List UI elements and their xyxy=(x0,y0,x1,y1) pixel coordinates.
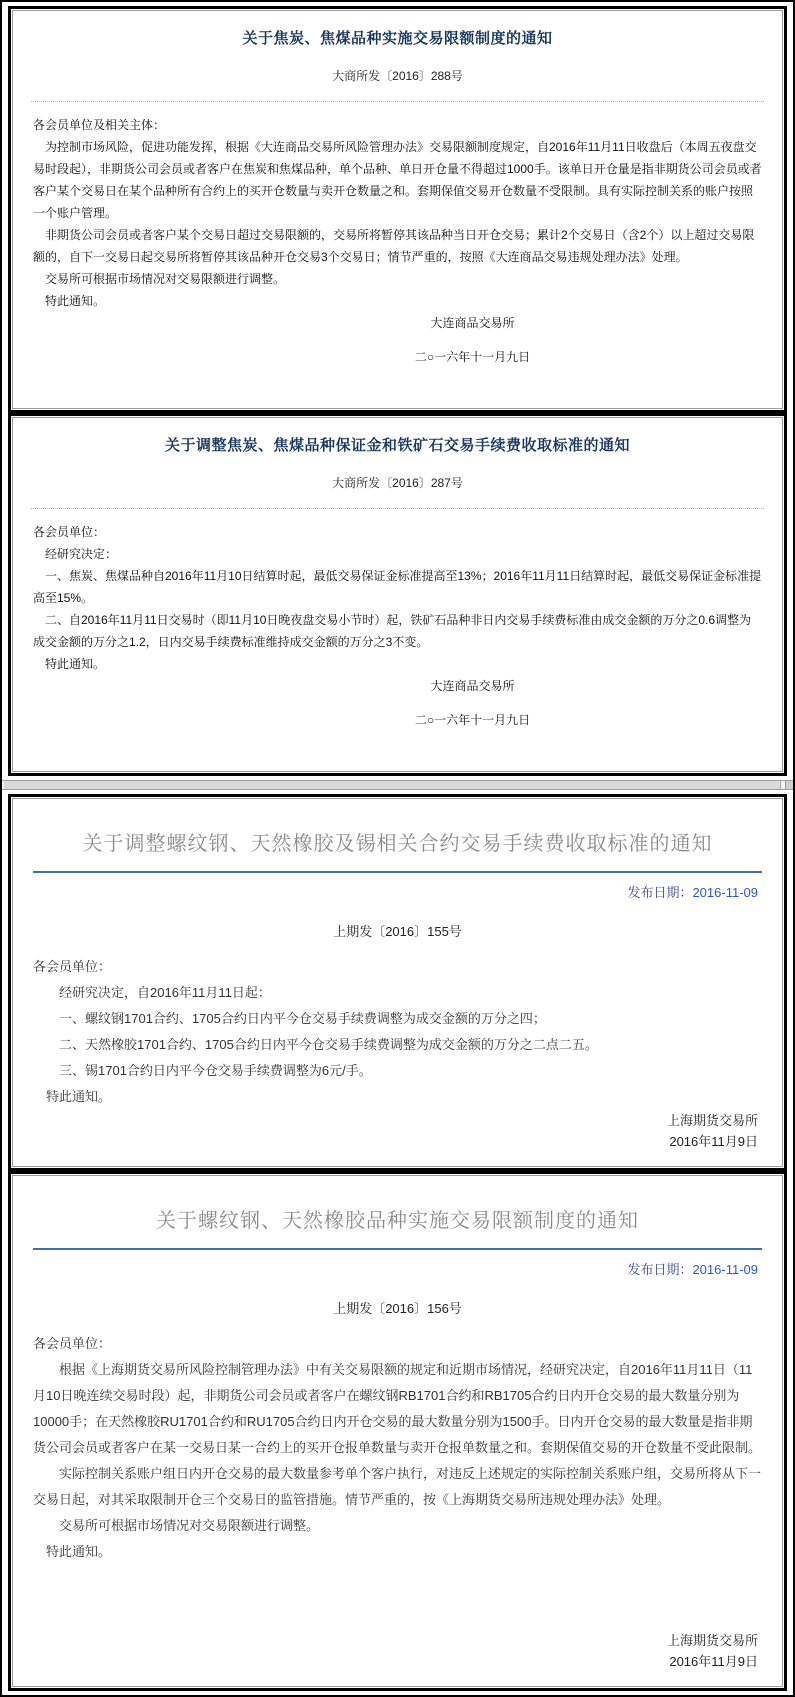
signature-org: 大连商品交易所 xyxy=(163,675,782,697)
scrollbar-thumb[interactable] xyxy=(4,781,781,789)
paragraph: 交易所可根据市场情况对交易限额进行调整。 xyxy=(33,1513,762,1539)
notice-box-shfe-156: 关于螺纹钢、天然橡胶品种实施交易限额制度的通知 发布日期：2016-11-09 … xyxy=(12,1175,783,1687)
paragraph: 一、焦炭、焦煤品种自2016年11月10日结算时起，最低交易保证金标准提高至13… xyxy=(33,565,762,609)
doc-number: 大商所发〔2016〕288号 xyxy=(13,67,782,84)
publish-date-label: 发布日期： xyxy=(627,1262,692,1277)
notice-body: 各会员单位： 根据《上海期货交易所风险控制管理办法》中有关交易限额的规定和近期市… xyxy=(13,1317,782,1565)
notice-box-dce-288: 关于焦炭、焦煤品种实施交易限额制度的通知 大商所发〔2016〕288号 各会员单… xyxy=(12,10,783,409)
salutation: 各会员单位： xyxy=(33,521,762,543)
notice-title: 关于焦炭、焦煤品种实施交易限额制度的通知 xyxy=(33,27,762,48)
publish-date-value: 2016-11-09 xyxy=(692,1262,758,1277)
publish-date-value: 2016-11-09 xyxy=(692,885,758,900)
notice-title: 关于调整螺纹钢、天然橡胶及锡相关合约交易手续费收取标准的通知 xyxy=(33,827,762,856)
paragraph: 为控制市场风险，促进功能发挥，根据《大连商品交易所风险管理办法》交易限额制度规定… xyxy=(33,136,762,224)
notice-box-dce-287: 关于调整焦炭、焦煤品种保证金和铁矿石交易手续费收取标准的通知 大商所发〔2016… xyxy=(12,417,783,772)
paragraph: 非期货公司会员或者客户某个交易日超过交易限额的，交易所将暂停其该品种当日开仓交易… xyxy=(33,224,762,268)
closing-line: 特此通知。 xyxy=(33,1539,762,1565)
paragraph: 二、天然橡胶1701合约、1705合约日内平今仓交易手续费调整为成交金额的万分之… xyxy=(33,1032,762,1058)
publish-date-row: 发布日期：2016-11-09 xyxy=(13,873,782,901)
paragraph: 实际控制关系账户组日内开仓交易的最大数量参考单个客户执行，对违反上述规定的实际控… xyxy=(33,1461,762,1513)
notice-body: 各会员单位： 经研究决定： 一、焦炭、焦煤品种自2016年11月10日结算时起，… xyxy=(13,509,782,675)
closing-line: 特此通知。 xyxy=(33,653,762,675)
notice-body: 各会员单位： 经研究决定，自2016年11月11日起： 一、螺纹钢1701合约、… xyxy=(13,940,782,1110)
signature-org: 上海期货交易所 xyxy=(13,1110,758,1131)
doc-number: 上期发〔2016〕155号 xyxy=(13,921,782,940)
notice-body: 各会员单位及相关主体： 为控制市场风险，促进功能发挥，根据《大连商品交易所风险管… xyxy=(13,102,782,312)
signature-date: 二○一六年十一月九日 xyxy=(163,346,782,368)
signature-block: 大连商品交易所 二○一六年十一月九日 xyxy=(163,675,782,771)
signature-org: 大连商品交易所 xyxy=(163,312,782,334)
signature-block: 大连商品交易所 二○一六年十一月九日 xyxy=(163,312,782,408)
closing-line: 特此通知。 xyxy=(33,290,762,312)
paragraph: 一、螺纹钢1701合约、1705合约日内平今仓交易手续费调整为成交金额的万分之四… xyxy=(33,1006,762,1032)
signature-date: 2016年11月9日 xyxy=(13,1131,758,1152)
doc-number: 大商所发〔2016〕287号 xyxy=(13,474,782,491)
paragraph: 经研究决定，自2016年11月11日起： xyxy=(33,980,762,1006)
signature-date: 二○一六年十一月九日 xyxy=(163,709,782,731)
salutation: 各会员单位及相关主体： xyxy=(33,114,762,136)
signature-org: 上海期货交易所 xyxy=(13,1630,758,1651)
publish-date-label: 发布日期： xyxy=(627,885,692,900)
publish-date-row: 发布日期：2016-11-09 xyxy=(13,1250,782,1278)
notice-box-shfe-155: 关于调整螺纹钢、天然橡胶及锡相关合约交易手续费收取标准的通知 发布日期：2016… xyxy=(12,798,783,1167)
signature-block: 上海期货交易所 2016年11月9日 xyxy=(13,1630,782,1686)
signature-block: 上海期货交易所 2016年11月9日 xyxy=(13,1110,782,1166)
salutation: 各会员单位： xyxy=(33,954,762,980)
paragraph: 交易所可根据市场情况对交易限额进行调整。 xyxy=(33,268,762,290)
paragraph: 根据《上海期货交易所风险控制管理办法》中有关交易限额的规定和近期市场情况，经研究… xyxy=(33,1357,762,1461)
notice-title: 关于螺纹钢、天然橡胶品种实施交易限额制度的通知 xyxy=(33,1204,762,1233)
paragraph: 三、锡1701合约日内平今仓交易手续费调整为6元/手。 xyxy=(33,1058,762,1084)
doc-number: 上期发〔2016〕156号 xyxy=(13,1298,782,1317)
notice-title: 关于调整焦炭、焦煤品种保证金和铁矿石交易手续费收取标准的通知 xyxy=(33,434,762,455)
salutation: 各会员单位： xyxy=(33,1331,762,1357)
horizontal-scrollbar[interactable] xyxy=(2,780,793,790)
signature-date: 2016年11月9日 xyxy=(13,1651,758,1672)
paragraph: 经研究决定： xyxy=(33,543,762,565)
paragraph: 二、自2016年11月11日交易时（即11月10日晚夜盘交易小节时）起，铁矿石品… xyxy=(33,609,762,653)
closing-line: 特此通知。 xyxy=(33,1084,762,1110)
